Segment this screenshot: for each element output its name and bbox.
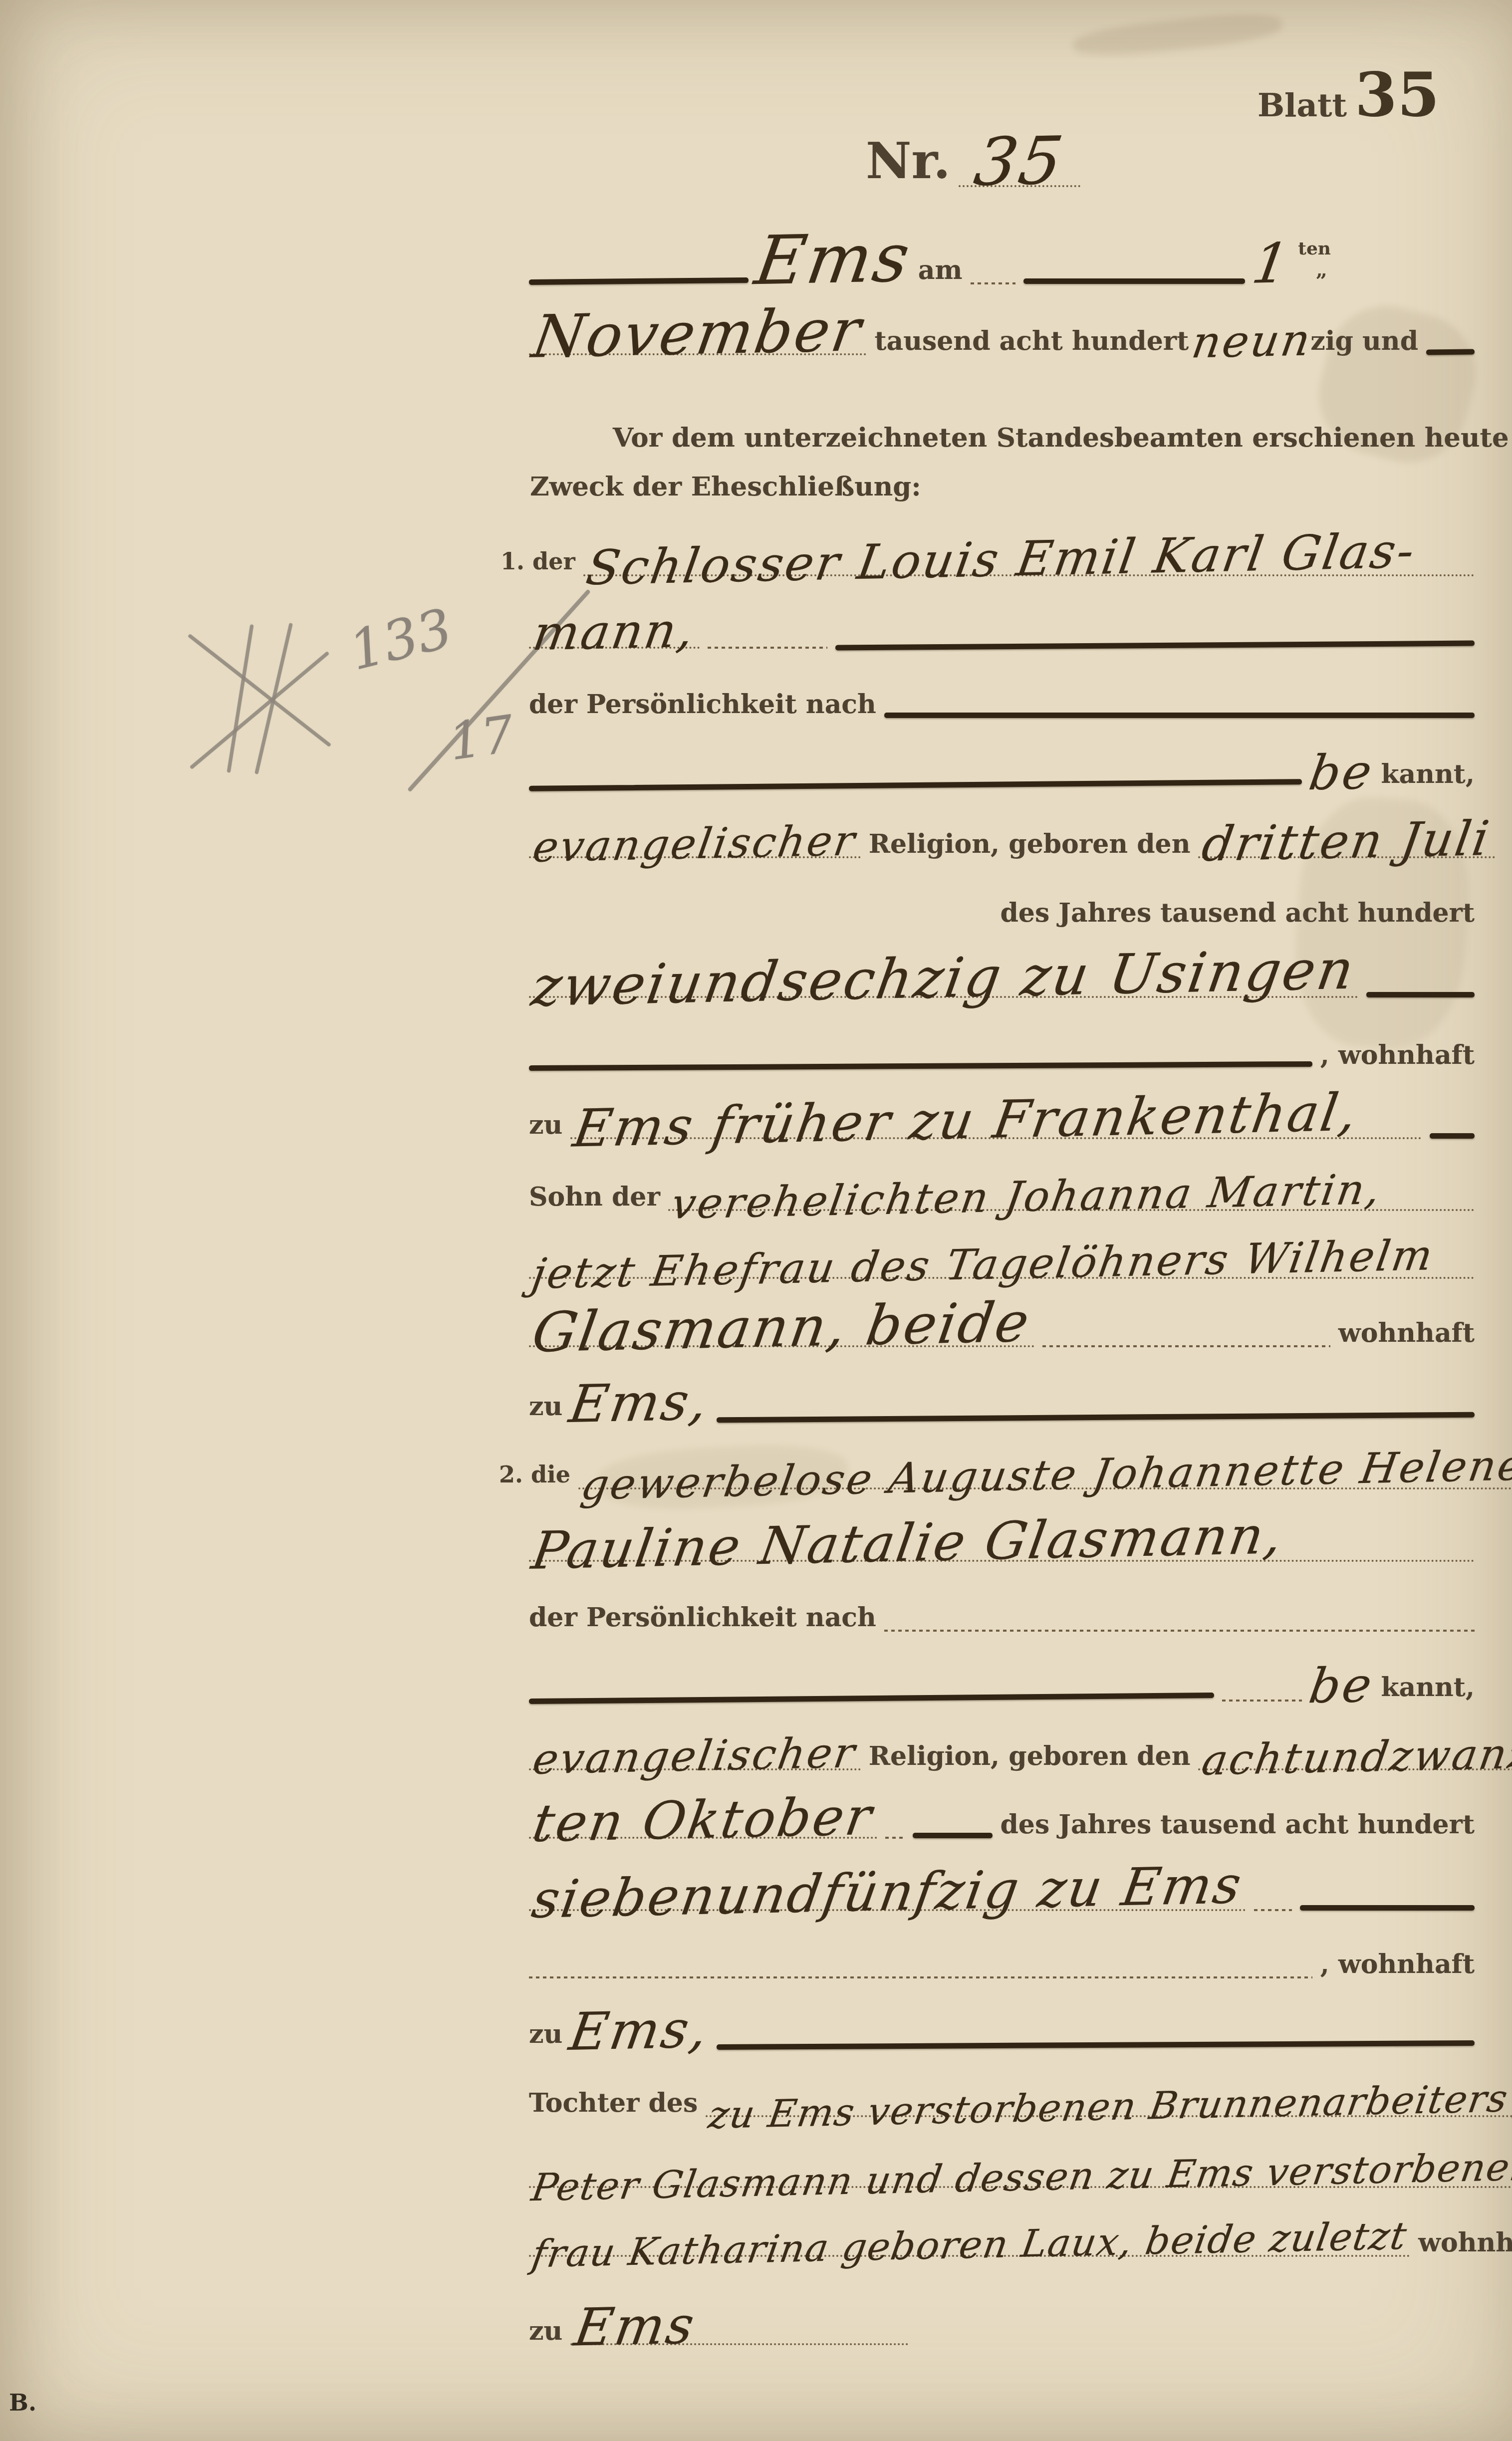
bride-lineage-line-3: frau Katharina geboren Laux, beide zulet… (529, 2175, 1475, 2257)
groom-name-line-1: 1. der Schlosser Louis Emil Karl Glas- (501, 494, 1475, 576)
sheet-number: 35 (1355, 67, 1440, 122)
registry-document-page: Blatt 35 Nr. 35 133 17 Ems am 1 ten „ No… (0, 0, 1512, 2441)
footer-series-mark: B. (9, 2389, 36, 2416)
preamble-text-1: Vor dem unterzeichneten Standesbeamten e… (613, 422, 1512, 453)
record-number-value: 35 (971, 130, 1068, 194)
groom-index: 1. (501, 549, 524, 573)
bride-birthdate-line-2: ten Oktober des Jahres tausend acht hund… (529, 1756, 1475, 1839)
opening-month-year-line: November tausend acht hundert neun zig u… (529, 273, 1475, 355)
bride-lineage-zu: zu (529, 2318, 562, 2345)
groom-birth-year-place-line: zweiundsechzig zu Usingen (529, 916, 1475, 998)
groom-residence-line: zu Ems früher zu Frankenthal, (529, 1057, 1475, 1139)
bride-lineage-residence-handwritten: Ems (571, 2301, 699, 2353)
margin-note-denominator: 17 (445, 705, 517, 772)
groom-lineage-line-3: Glasmann, beide wohnhaft (529, 1265, 1475, 1347)
opening-month-handwritten: November (529, 302, 866, 365)
record-number-field: 35 (959, 131, 1080, 187)
pencil-cross-stroke (227, 624, 254, 772)
bleed-through-smudge (1072, 9, 1283, 61)
bride-lineage-field-3: frau Katharina geboren Laux, beide zulet… (529, 2227, 1410, 2257)
bride-lineage-line-1: Tochter des zu Ems verstorbenen Brunnena… (529, 2035, 1475, 2117)
sheet-label: Blatt (1258, 89, 1347, 122)
groom-birth-year-label-line: des Jahres tausend acht hundert (529, 845, 1475, 927)
record-number-line: Nr. 35 (866, 112, 1095, 187)
bride-name-line-1: 2. die gewerbelose Auguste Johannette He… (499, 1407, 1475, 1489)
pencil-cross-stroke (254, 623, 293, 774)
year-printed-label: tausend acht hundert (874, 328, 1189, 355)
opening-place-date-line: Ems am 1 ten „ (529, 202, 1327, 284)
pencil-cross-stroke (188, 634, 331, 747)
pencil-margin-annotation: 133 17 (155, 614, 544, 813)
ink-filler-stroke (1426, 349, 1475, 355)
bride-lineage-residence-field: Ems (570, 2302, 908, 2345)
bride-lineage-wohnhaft: wohnhaft (1418, 2229, 1512, 2257)
margin-note-numerator: 133 (343, 597, 458, 683)
year-printed-suffix: zig und (1310, 328, 1418, 355)
bride-index: 2. (499, 1463, 523, 1486)
record-number-label: Nr. (866, 135, 951, 187)
bride-lineage-residence-line: zu Ems (529, 2263, 908, 2345)
opening-day-suffix: ten (1298, 240, 1331, 258)
month-field: November (529, 305, 866, 355)
year-tens-handwritten: neun (1189, 319, 1315, 364)
preamble-line-1: Vor dem unterzeichneten Standesbeamten e… (613, 424, 1512, 452)
sheet-header: Blatt 35 (1258, 57, 1477, 122)
